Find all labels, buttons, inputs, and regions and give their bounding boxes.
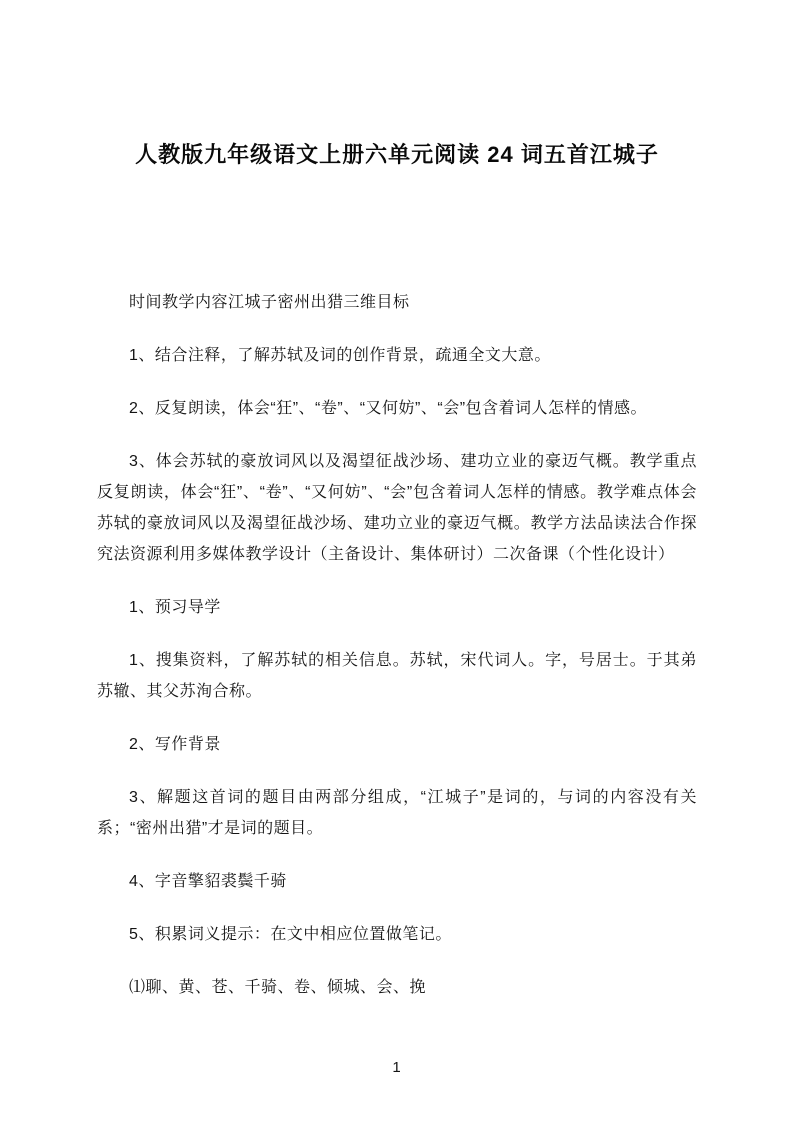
paragraph: 2、写作背景 [97, 729, 697, 760]
paragraph: ⑴聊、黄、苍、千骑、卷、倾城、会、挽 [97, 972, 697, 1003]
page-number: 1 [0, 1059, 793, 1076]
paragraph: 5、积累词义提示：在文中相应位置做笔记。 [97, 919, 697, 950]
paragraph: 1、预习导学 [97, 592, 697, 623]
document-page: 人教版九年级语文上册六单元阅读 24 词五首江城子 时间教学内容江城子密州出猎三… [0, 0, 793, 1122]
document-title: 人教版九年级语文上册六单元阅读 24 词五首江城子 [97, 138, 697, 169]
document-body: 时间教学内容江城子密州出猎三维目标1、结合注释，了解苏轼及词的创作背景，疏通全文… [97, 287, 697, 1003]
paragraph: 3、体会苏轼的豪放词风以及渴望征战沙场、建功立业的豪迈气概。教学重点反复朗读，体… [97, 446, 697, 570]
paragraph: 2、反复朗读，体会“狂”、“卷”、“又何妨”、“会”包含着词人怎样的情感。 [97, 393, 697, 424]
paragraph: 1、搜集资料，了解苏轼的相关信息。苏轼，宋代词人。字，号居士。于其弟苏辙、其父苏… [97, 645, 697, 707]
paragraph: 时间教学内容江城子密州出猎三维目标 [97, 287, 697, 318]
paragraph: 4、字音擎貂裘鬓千骑 [97, 866, 697, 897]
paragraph: 1、结合注释，了解苏轼及词的创作背景，疏通全文大意。 [97, 340, 697, 371]
paragraph: 3、解题这首词的题目由两部分组成，“江城子”是词的，与词的内容没有关系；“密州出… [97, 782, 697, 844]
